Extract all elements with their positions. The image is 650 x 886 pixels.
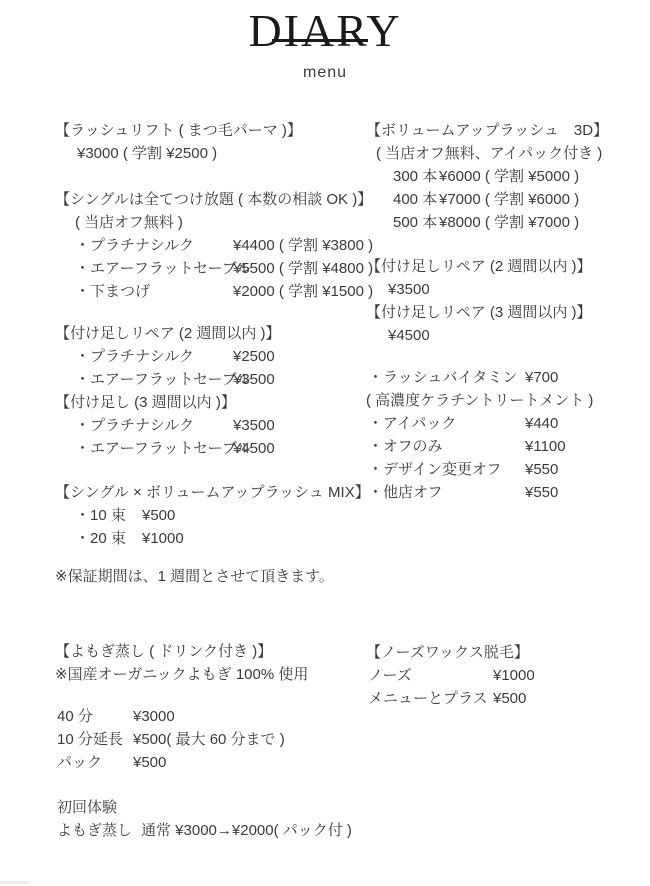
item-price: ¥550 xyxy=(525,458,558,481)
item-label: ・10 束 xyxy=(75,504,142,527)
item-price: ¥2000 ( 学割 ¥1500 ) xyxy=(233,280,373,303)
item-price: ¥8000 ( 学割 ¥7000 ) xyxy=(439,211,579,234)
left-column: 【ラッシュリフト ( まつ毛パーマ )】 ¥3000 ( 学割 ¥2500 ) … xyxy=(55,119,363,842)
section-note: ( 当店オフ無料、アイパック付き ) xyxy=(366,142,644,165)
item-label: ・ラッシュバイタミン xyxy=(368,366,525,389)
item-price: ¥4400 ( 学割 ¥3800 ) xyxy=(233,234,373,257)
menu-item: 10 分延長 ¥500( 最大 60 分まで ) xyxy=(55,728,363,751)
item-label: ・エアーフラットセーブル xyxy=(75,368,233,391)
section-lash-lift: 【ラッシュリフト ( まつ毛パーマ )】 ¥3000 ( 学割 ¥2500 ) xyxy=(55,119,363,165)
item-label: ・下まつげ xyxy=(75,280,233,303)
item-label: パック xyxy=(57,751,133,774)
item-price: ¥6000 ( 学割 ¥5000 ) xyxy=(439,165,579,188)
logo-text: DIARY xyxy=(248,5,401,56)
item-price: ¥7000 ( 学割 ¥6000 ) xyxy=(439,188,579,211)
item-price: ¥2500 xyxy=(233,345,275,368)
section-repair-3weeks-right: 【付け足しリペア (3 週間以内 )】 ¥4500 xyxy=(366,301,644,347)
item-label: ・デザイン変更オフ xyxy=(368,458,525,481)
item-price: ¥700 xyxy=(525,366,558,389)
menu-item: ノーズ ¥1000 xyxy=(366,664,644,687)
item-label: 10 分延長 xyxy=(57,728,133,751)
trial-title: 初回体験 xyxy=(55,796,363,819)
section-note: ※国産オーガニックよもぎ 100% 使用 xyxy=(55,663,363,686)
menu-item: ・エアーフラットセーブル ¥3500 xyxy=(55,368,363,391)
item-price: ¥500 xyxy=(493,687,526,710)
section-header: 【付け足し (3 週間以内 )】 xyxy=(55,391,363,414)
item-price: ¥1000 xyxy=(493,664,535,687)
yomogi-price-list: 40 分 ¥3000 10 分延長 ¥500( 最大 60 分まで ) パック … xyxy=(55,705,363,774)
price-line: ¥3000 ( 学割 ¥2500 ) xyxy=(55,142,363,165)
menu-page: DIARY menu 【ラッシュリフト ( まつ毛パーマ )】 ¥3000 ( … xyxy=(0,0,650,886)
section-repair-2weeks-right: 【付け足しリペア (2 週間以内 )】 ¥3500 xyxy=(366,255,644,301)
menu-item: ・下まつげ ¥2000 ( 学割 ¥1500 ) xyxy=(55,280,363,303)
menu-item: 400 本 ¥7000 ( 学割 ¥6000 ) xyxy=(366,188,644,211)
menu-item: ・オフのみ ¥1100 xyxy=(366,435,644,458)
item-label: 400 本 xyxy=(393,188,439,211)
section-volume-up-lash-3d: 【ボリュームアップラッシュ 3D】 ( 当店オフ無料、アイパック付き ) 300… xyxy=(366,119,644,234)
section-header: 【ノーズワックス脱毛】 xyxy=(366,641,644,664)
item-label: ・20 束 xyxy=(75,527,142,550)
section-addon-3weeks: 【付け足し (3 週間以内 )】 ・プラチナシルク ¥3500 ・エアーフラット… xyxy=(55,391,363,460)
item-price: ¥500 xyxy=(133,751,166,774)
section-header: 【ラッシュリフト ( まつ毛パーマ )】 xyxy=(55,119,363,142)
item-price: ¥5500 ( 学割 ¥4800 ) xyxy=(233,257,373,280)
item-label: メニューとプラス xyxy=(368,687,493,710)
menu-item: ・エアーフラットセーブル ¥4500 xyxy=(55,437,363,460)
item-price: ¥3500 xyxy=(233,414,275,437)
item-price: ¥550 xyxy=(525,481,558,504)
item-note: ( 高濃度ケラチントリートメント ) xyxy=(366,389,644,412)
menu-item: ・ラッシュバイタミン ¥700 xyxy=(366,366,644,389)
item-price: ¥500( 最大 60 分まで ) xyxy=(133,728,285,751)
section-nose-wax: 【ノーズワックス脱毛】 ノーズ ¥1000 メニューとプラス ¥500 xyxy=(366,641,644,710)
guarantee-note: ※保証期間は、1 週間とさせて頂きます。 xyxy=(55,565,363,588)
menu-subtitle: menu xyxy=(0,64,650,82)
item-price: ¥1000 xyxy=(142,527,184,550)
section-header: 【シングルは全てつけ放題 ( 本数の相談 OK )】 xyxy=(55,188,363,211)
item-label: ・オフのみ xyxy=(368,435,525,458)
item-price: 通常 ¥3000→¥2000( パック付 ) xyxy=(141,819,352,842)
price-line: ¥3500 xyxy=(366,278,644,301)
first-trial-block: 初回体験 よもぎ蒸し 通常 ¥3000→¥2000( パック付 ) xyxy=(55,796,363,842)
price-line: ¥4500 xyxy=(366,324,644,347)
section-yomogi-steam: 【よもぎ蒸し ( ドリンク付き )】 ※国産オーガニックよもぎ 100% 使用 … xyxy=(55,640,363,842)
item-label: 500 本 xyxy=(393,211,439,234)
section-header: 【シングル × ボリュームアップラッシュ MIX】 xyxy=(55,481,363,504)
section-note: ( 当店オフ無料 ) xyxy=(55,211,363,234)
menu-item: ・10 束 ¥500 xyxy=(55,504,363,527)
scan-artifact-strip xyxy=(0,881,30,884)
menu-item: ・プラチナシルク ¥4400 ( 学割 ¥3800 ) xyxy=(55,234,363,257)
item-label: ・プラチナシルク xyxy=(75,345,233,368)
menu-item: 40 分 ¥3000 xyxy=(55,705,363,728)
section-header: 【よもぎ蒸し ( ドリンク付き )】 xyxy=(55,640,363,663)
item-price: ¥440 xyxy=(525,412,558,435)
menu-item: 300 本 ¥6000 ( 学割 ¥5000 ) xyxy=(366,165,644,188)
menu-item: パック ¥500 xyxy=(55,751,363,774)
item-label: ・他店オフ xyxy=(368,481,525,504)
section-single-unlimited: 【シングルは全てつけ放題 ( 本数の相談 OK )】 ( 当店オフ無料 ) ・プ… xyxy=(55,188,363,303)
item-price: ¥3000 xyxy=(133,705,175,728)
right-column: 【ボリュームアップラッシュ 3D】 ( 当店オフ無料、アイパック付き ) 300… xyxy=(366,119,644,710)
item-label: ・プラチナシルク xyxy=(75,414,233,437)
menu-item: ・プラチナシルク ¥3500 xyxy=(55,414,363,437)
item-label: ・エアーフラットセーブル xyxy=(75,437,233,460)
menu-item: ・プラチナシルク ¥2500 xyxy=(55,345,363,368)
item-price: ¥3500 xyxy=(233,368,275,391)
section-header: 【ボリュームアップラッシュ 3D】 xyxy=(366,119,644,142)
menu-item: ・エアーフラットセーブル ¥5500 ( 学割 ¥4800 ) xyxy=(55,257,363,280)
item-price: ¥500 xyxy=(142,504,175,527)
section-repair-2weeks: 【付け足しリペア (2 週間以内 )】 ・プラチナシルク ¥2500 ・エアーフ… xyxy=(55,322,363,391)
salon-logo: DIARY xyxy=(0,6,650,56)
logo-strikethrough-line xyxy=(272,39,368,42)
item-label: 40 分 xyxy=(57,705,133,728)
item-label: ・プラチナシルク xyxy=(75,234,233,257)
section-single-volume-mix: 【シングル × ボリュームアップラッシュ MIX】 ・10 束 ¥500 ・20… xyxy=(55,481,363,550)
item-label: 300 本 xyxy=(393,165,439,188)
menu-item: メニューとプラス ¥500 xyxy=(366,687,644,710)
item-label: ノーズ xyxy=(368,664,493,687)
menu-item: ・デザイン変更オフ ¥550 xyxy=(366,458,644,481)
section-options: ・ラッシュバイタミン ¥700 ( 高濃度ケラチントリートメント ) ・アイパッ… xyxy=(366,366,644,504)
section-header: 【付け足しリペア (3 週間以内 )】 xyxy=(366,301,644,324)
menu-item: 500 本 ¥8000 ( 学割 ¥7000 ) xyxy=(366,211,644,234)
item-label: よもぎ蒸し xyxy=(57,819,141,842)
item-price: ¥1100 xyxy=(525,435,566,458)
menu-item: よもぎ蒸し 通常 ¥3000→¥2000( パック付 ) xyxy=(55,819,363,842)
section-header: 【付け足しリペア (2 週間以内 )】 xyxy=(366,255,644,278)
menu-item: ・他店オフ ¥550 xyxy=(366,481,644,504)
item-label: ・エアーフラットセーブル xyxy=(75,257,233,280)
item-label: ・アイパック xyxy=(368,412,525,435)
menu-item: ・20 束 ¥1000 xyxy=(55,527,363,550)
item-price: ¥4500 xyxy=(233,437,275,460)
menu-item: ・アイパック ¥440 xyxy=(366,412,644,435)
section-header: 【付け足しリペア (2 週間以内 )】 xyxy=(55,322,363,345)
